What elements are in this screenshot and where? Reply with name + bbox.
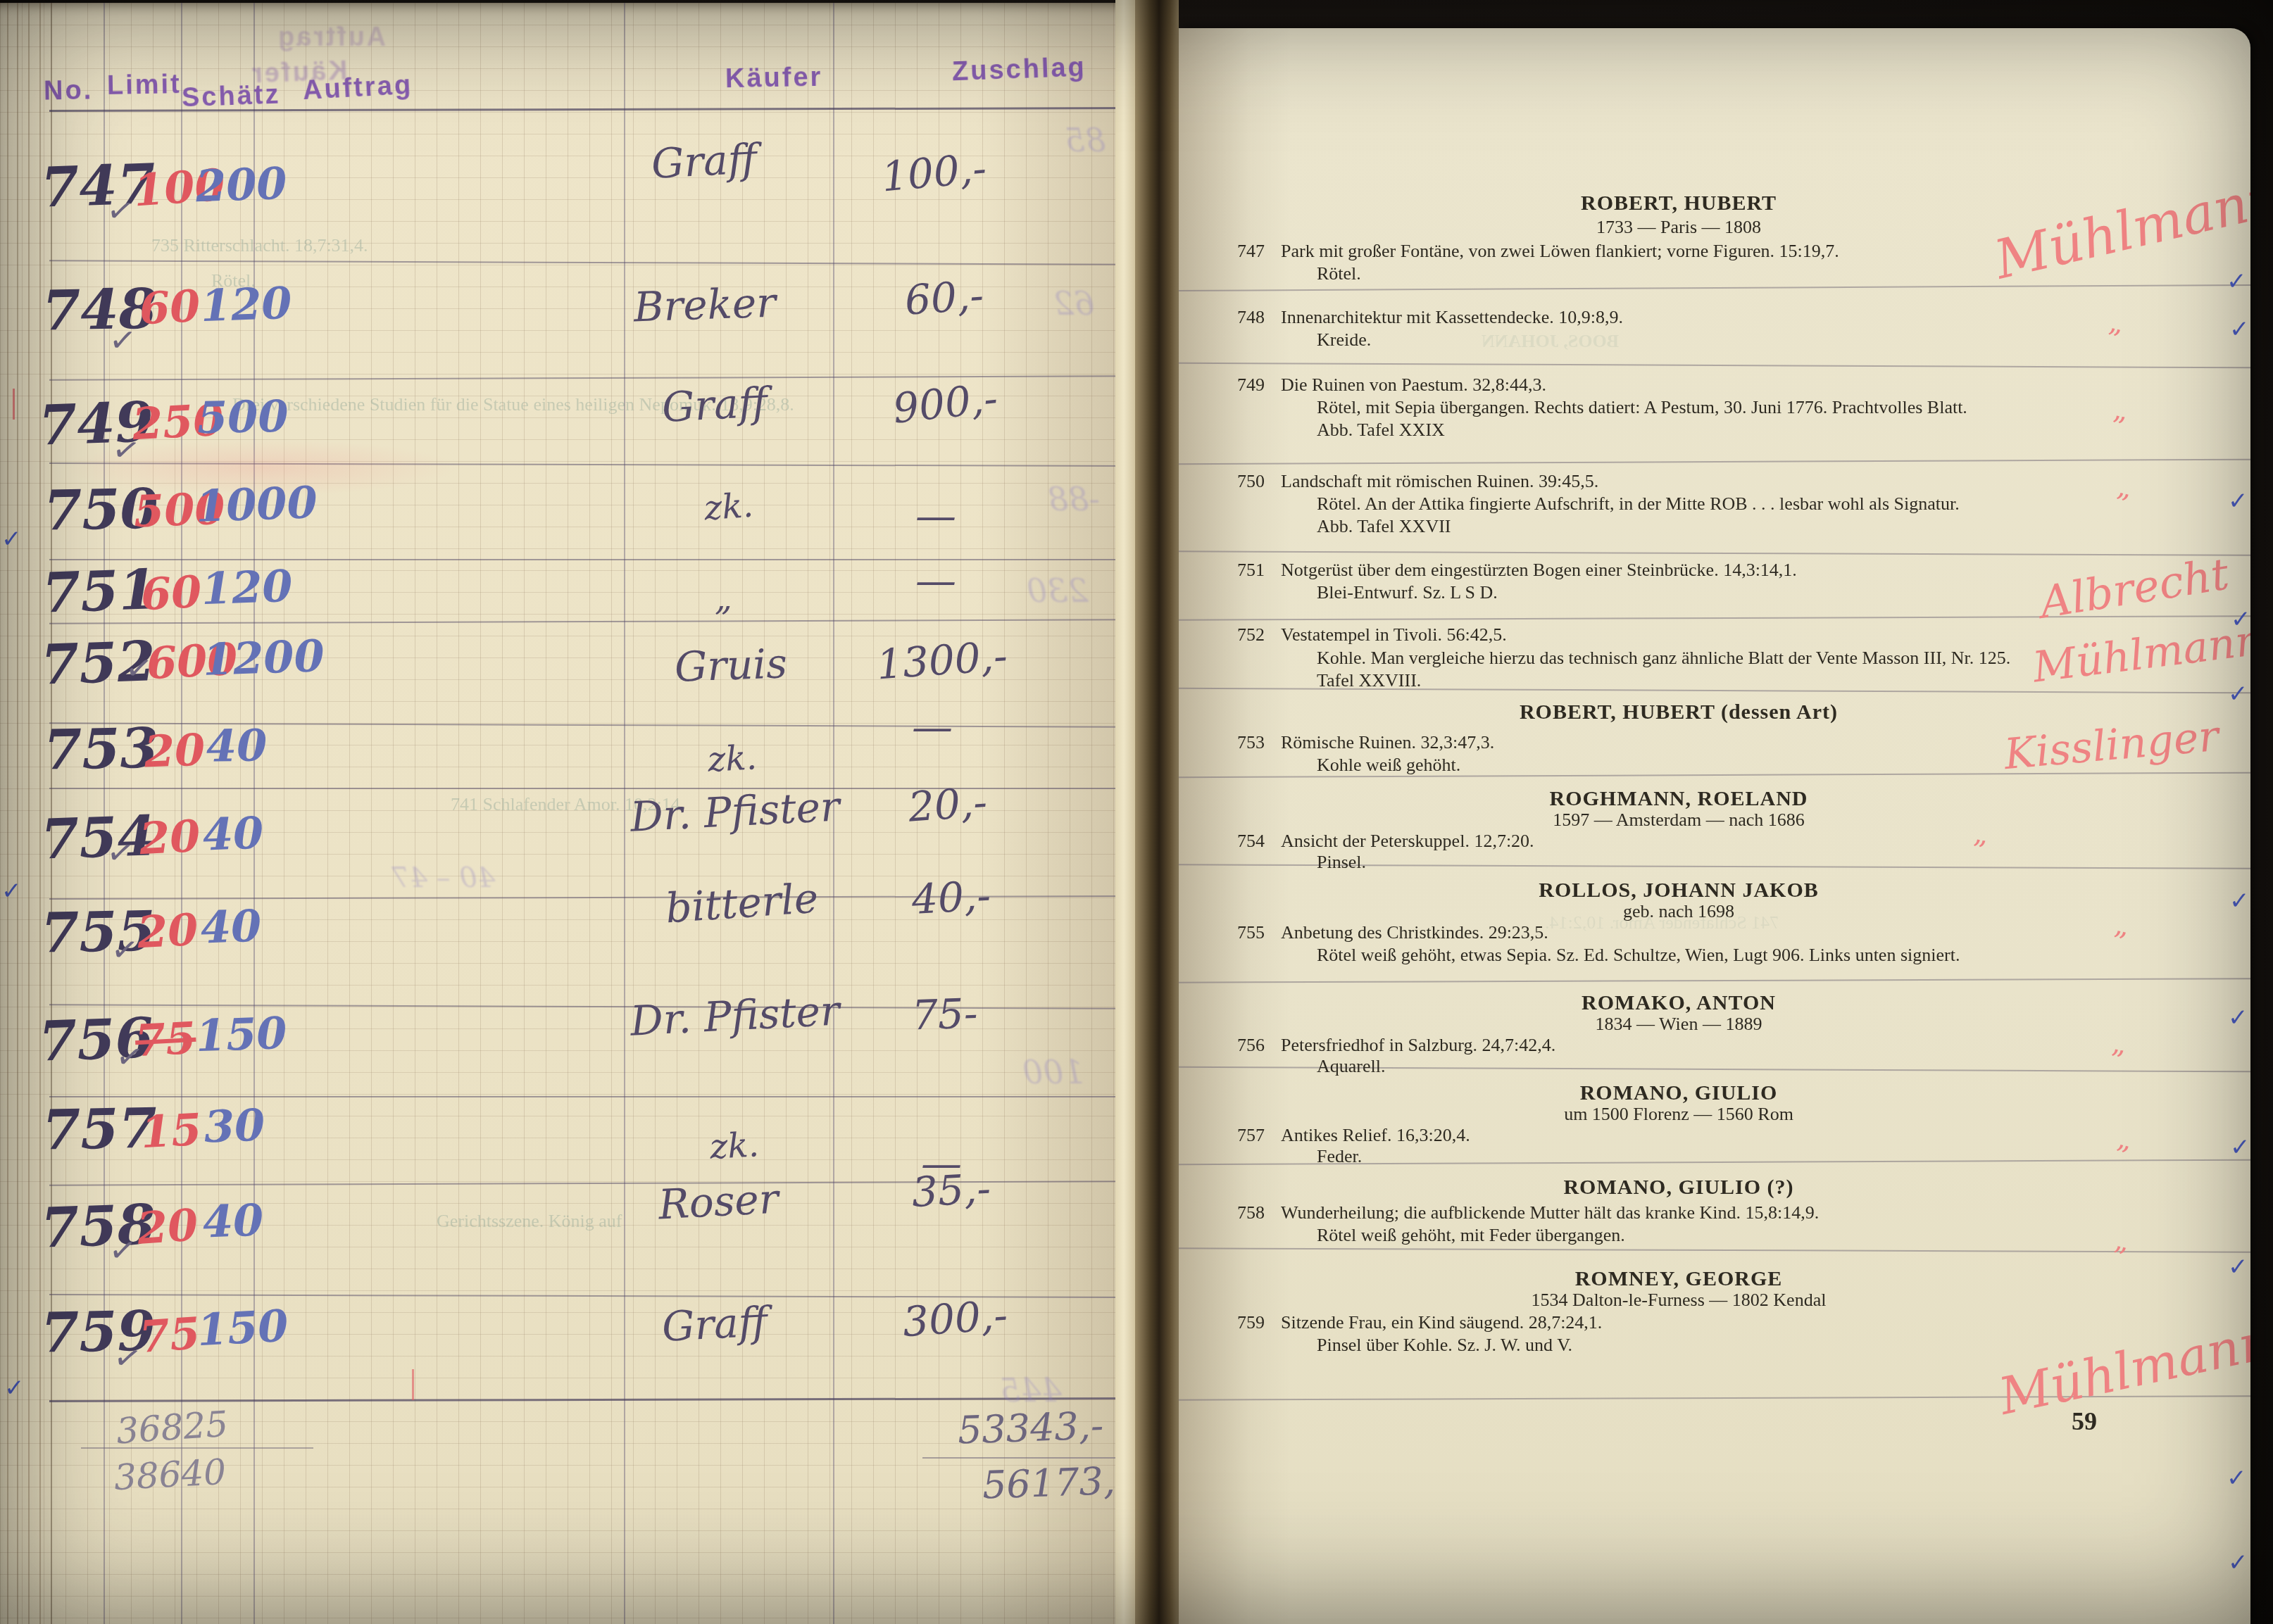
artist-heading: ROMNEY, GEORGE bbox=[1193, 1267, 2165, 1291]
lot-number: 759 bbox=[1237, 1312, 1281, 1333]
bleed-number: 85 bbox=[1065, 121, 1106, 159]
limit-total-corrected: 38640 bbox=[113, 1452, 227, 1498]
artist-heading: ROMANO, GIULIO bbox=[1193, 1081, 2165, 1105]
row-747-check: ✓ bbox=[104, 189, 137, 232]
blue-tick: ✓ bbox=[2229, 887, 2250, 915]
catalog-item: 756Petersfriedhof in Salzburg. 24,7:42,4… bbox=[1237, 1035, 1555, 1056]
bleed-number: 40 – 47 bbox=[392, 862, 495, 894]
catalog-item: 757Antikes Relief. 16,3:20,4. bbox=[1237, 1125, 1470, 1146]
row-755-kaeufer: bitterle bbox=[664, 877, 820, 929]
row-753-zuschlag: — bbox=[912, 707, 953, 748]
row-divider bbox=[49, 1096, 1135, 1097]
row-749-kaeufer: Graff bbox=[661, 382, 769, 428]
row-757-schaetz: 30 bbox=[203, 1104, 265, 1150]
catalog-item: 752Vestatempel in Tivoli. 56:42,5. bbox=[1237, 624, 1507, 646]
row-759-limit: 75 bbox=[138, 1311, 201, 1359]
blue-tick: ✓ bbox=[2229, 315, 2250, 344]
lot-number: 749 bbox=[1237, 374, 1281, 396]
row-747-kaeufer: Graff bbox=[651, 138, 758, 184]
row-divider bbox=[49, 260, 1135, 265]
blue-tick: ✓ bbox=[2227, 1464, 2247, 1492]
artist-heading: ROLLOS, JOHANN JAKOB bbox=[1193, 879, 2165, 902]
row-759-schaetz: 150 bbox=[196, 1304, 289, 1353]
catalog-item: 758Wunderheilung; die aufblickende Mutte… bbox=[1237, 1202, 1819, 1223]
bleed-number: 445 bbox=[1000, 1371, 1062, 1409]
lot-number: 754 bbox=[1237, 831, 1281, 852]
artist-dates: 1534 Dalton-le-Furness — 1802 Kendal bbox=[1193, 1290, 2165, 1311]
red-margin-dash bbox=[412, 1369, 414, 1400]
row-751-limit: 60 bbox=[139, 570, 202, 617]
lot-medium: Kohle weiß gehöht. bbox=[1317, 755, 1460, 776]
row-752-zuschlag: 1300,- bbox=[875, 636, 1008, 686]
lot-title: Petersfriedhof in Salzburg. 24,7:42,4. bbox=[1281, 1035, 1555, 1055]
catalog-item: 759Sitzende Frau, ein Kind säugend. 28,7… bbox=[1237, 1312, 1602, 1333]
row-748-schaetz: 120 bbox=[200, 282, 293, 328]
row-755-schaetz: 40 bbox=[200, 905, 262, 950]
bleed-text: BOOS, JOHANN bbox=[1482, 331, 1619, 352]
row-753-schaetz: 40 bbox=[206, 724, 267, 768]
margin-note-muehlmann-mid: Mühlmann bbox=[2031, 621, 2250, 687]
lot-medium: Pinsel über Kohle. Sz. J. W. und V. bbox=[1317, 1335, 1572, 1356]
total-underline bbox=[81, 1447, 313, 1449]
lot-title: Sitzende Frau, ein Kind säugend. 28,7:24… bbox=[1281, 1312, 1602, 1333]
lot-medium: Pinsel. bbox=[1317, 852, 1366, 873]
catalog-item: 753Römische Ruinen. 32,3:47,3. bbox=[1237, 732, 1494, 753]
lot-title: Wunderheilung; die aufblickende Mutter h… bbox=[1281, 1202, 1819, 1223]
row-750-kaeufer: zk. bbox=[703, 489, 754, 526]
red-margin-dash bbox=[13, 389, 15, 420]
row-755-limit: 20 bbox=[136, 908, 199, 955]
margin-note-muehlmann-top: Mühlmann bbox=[1991, 172, 2250, 284]
zuschlag-total: 53343,- bbox=[957, 1406, 1104, 1449]
artist-heading: ROMANO, GIULIO (?) bbox=[1193, 1176, 2165, 1200]
bleed-text: 735 Ritterschlacht. 18,7:31,4. bbox=[151, 235, 368, 256]
entry-divider bbox=[1179, 550, 2250, 555]
row-753-no: 753 bbox=[43, 722, 158, 779]
red-ditto-mark: „ bbox=[2115, 470, 2136, 505]
artist-dates: 1834 — Wien — 1889 bbox=[1193, 1014, 2165, 1035]
entry-divider bbox=[1179, 284, 2250, 291]
catalog-item: 751Notgerüst über dem eingestürzten Boge… bbox=[1237, 560, 1797, 581]
lot-plate-ref: Abb. Tafel XXIX bbox=[1317, 420, 1445, 441]
artist-dates: um 1500 Florenz — 1560 Rom bbox=[1193, 1104, 2165, 1125]
bleed-stamp-auftrag: Auftrag bbox=[276, 23, 386, 53]
row-753-kaeufer: zk. bbox=[707, 741, 758, 777]
row-749-schaetz: 500 bbox=[196, 395, 288, 440]
lot-number: 752 bbox=[1237, 624, 1281, 646]
artist-heading: ROMAKO, ANTON bbox=[1193, 991, 2165, 1015]
catalog-item: 750Landschaft mit römischen Ruinen. 39:4… bbox=[1237, 471, 1598, 492]
lot-plate-ref: Tafel XXVIII. bbox=[1317, 670, 1421, 691]
entry-divider bbox=[1179, 1247, 2250, 1252]
lot-number: 750 bbox=[1237, 471, 1281, 492]
entry-divider bbox=[1179, 363, 2250, 369]
catalog-page: ROBERT, HUBERT 1733 — Paris — 1808 747Pa… bbox=[1179, 28, 2250, 1624]
bleed-text: Gerichtsszene. König auf bbox=[437, 1211, 622, 1232]
lot-medium: Rötel weiß gehöht, etwas Sepia. Sz. Ed. … bbox=[1317, 945, 1960, 966]
artist-heading: ROBERT, HUBERT bbox=[1193, 191, 2165, 215]
row-759-kaeufer: Graff bbox=[661, 1301, 769, 1347]
row-756-limit: 75 bbox=[134, 1016, 196, 1063]
blue-tick: ✓ bbox=[2227, 267, 2247, 296]
lot-medium: Feder. bbox=[1317, 1146, 1362, 1167]
blue-tick: ✓ bbox=[2228, 487, 2248, 515]
bleed-number: 62 bbox=[1053, 284, 1095, 322]
lot-medium: Kohle. Man vergleiche hierzu das technis… bbox=[1317, 648, 2010, 669]
row-751-schaetz: 120 bbox=[201, 565, 294, 611]
ledger-page: No. Limit Schätz Auftrag Käufer Zuschlag… bbox=[0, 3, 1135, 1624]
lot-medium: Aquarell. bbox=[1317, 1056, 1385, 1077]
zuschlag-total-corrected: 56173,- bbox=[982, 1461, 1129, 1504]
artist-heading: ROGHMANN, ROELAND bbox=[1193, 787, 2165, 811]
row-757-kaeufer: zk. bbox=[709, 1128, 760, 1164]
red-ditto-mark: „ bbox=[2112, 1223, 2133, 1258]
margin-tick: ✓ bbox=[1, 525, 22, 553]
lot-title: Innenarchitektur mit Kassettendecke. 10,… bbox=[1281, 307, 1623, 327]
artist-heading: ROBERT, HUBERT (dessen Art) bbox=[1193, 700, 2165, 724]
blue-tick: ✓ bbox=[2231, 605, 2250, 634]
lot-number: 755 bbox=[1237, 922, 1281, 943]
margin-tick: ✓ bbox=[4, 1374, 25, 1402]
catalog-item: 749Die Ruinen von Paestum. 32,8:44,3. bbox=[1237, 374, 1546, 396]
row-752-schaetz: 1200 bbox=[202, 634, 325, 682]
margin-note-albrecht: Albrecht bbox=[2037, 554, 2231, 622]
row-756-schaetz: 150 bbox=[195, 1012, 288, 1058]
row-758-kaeufer: Roser bbox=[658, 1178, 779, 1226]
page-edge-line bbox=[28, 3, 30, 1624]
row-750-zuschlag: — bbox=[915, 496, 956, 536]
header-stamp-limit: Limit bbox=[107, 70, 182, 101]
bleed-text: 741 Schlafender Amor. 10,2:14. bbox=[1545, 912, 1779, 933]
header-stamp-zuschlag: Zuschlag bbox=[951, 53, 1087, 88]
row-749-zuschlag: 900,- bbox=[891, 377, 999, 429]
lot-title: Ansicht der Peterskuppel. 12,7:20. bbox=[1281, 831, 1534, 851]
row-754-zuschlag: 20,- bbox=[907, 781, 989, 828]
header-stamp-kaeufer: Käufer bbox=[725, 63, 823, 94]
book-gutter bbox=[1135, 0, 1179, 1624]
row-divider bbox=[49, 619, 1135, 624]
lot-medium: Blei-Entwurf. Sz. L S D. bbox=[1317, 582, 1498, 603]
row-754-kaeufer: Dr. Pfister bbox=[630, 786, 841, 837]
blue-tick: ✓ bbox=[2230, 1133, 2250, 1162]
artist-dates: 1597 — Amsterdam — nach 1686 bbox=[1193, 810, 2165, 831]
catalog-item: 747Park mit großer Fontäne, von zwei Löw… bbox=[1237, 241, 1839, 262]
row-748-kaeufer: Breker bbox=[633, 282, 777, 327]
row-747-zuschlag: 100,- bbox=[880, 148, 988, 198]
lot-number: 758 bbox=[1237, 1202, 1281, 1223]
lot-medium: Rötel, mit Sepia übergangen. Rechts dati… bbox=[1317, 397, 1967, 418]
row-757-limit: 15 bbox=[139, 1108, 202, 1154]
row-755-zuschlag: 40,- bbox=[911, 875, 992, 920]
lot-number: 757 bbox=[1237, 1125, 1281, 1146]
lot-title: Anbetung des Christkindes. 29:23,5. bbox=[1281, 922, 1548, 943]
row-758-limit: 20 bbox=[136, 1203, 199, 1251]
row-divider bbox=[49, 559, 1135, 560]
row-758-zuschlag: 35,- bbox=[911, 1168, 992, 1213]
row-754-limit: 20 bbox=[138, 814, 201, 861]
lot-title: Antikes Relief. 16,3:20,4. bbox=[1281, 1125, 1470, 1145]
catalog-item: 754Ansicht der Peterskuppel. 12,7:20. bbox=[1237, 831, 1534, 852]
lot-title: Park mit großer Fontäne, von zwei Löwen … bbox=[1281, 241, 1839, 261]
row-758-schaetz: 40 bbox=[202, 1199, 264, 1245]
blue-tick: ✓ bbox=[2228, 680, 2248, 708]
auction-ledger-photo: No. Limit Schätz Auftrag Käufer Zuschlag… bbox=[0, 0, 2273, 1624]
lot-medium: Rötel. bbox=[1317, 263, 1361, 284]
row-755-check: ✓ bbox=[108, 929, 141, 971]
margin-note-kisslinger: Kisslinger bbox=[2003, 717, 2220, 774]
blue-tick: ✓ bbox=[2228, 1253, 2248, 1281]
catalog-item: 748Innenarchitektur mit Kassettendecke. … bbox=[1237, 307, 1623, 328]
lot-number: 753 bbox=[1237, 732, 1281, 753]
catalog-item: 755Anbetung des Christkindes. 29:23,5. bbox=[1237, 922, 1548, 943]
blue-tick: ✓ bbox=[2228, 1004, 2248, 1032]
lot-number: 756 bbox=[1237, 1035, 1281, 1056]
lot-title: Die Ruinen von Paestum. 32,8:44,3. bbox=[1281, 374, 1546, 395]
row-756-zuschlag: 75- bbox=[911, 993, 978, 1036]
row-753-limit: 20 bbox=[144, 729, 206, 774]
row-756-kaeufer: Dr. Pfister bbox=[630, 990, 841, 1041]
bleed-stamp-kaeufer: Käufer bbox=[249, 56, 348, 90]
blue-tick: ✓ bbox=[2228, 1549, 2248, 1577]
red-ditto-mark: „ bbox=[2115, 1122, 2136, 1157]
lot-title: Landschaft mit römischen Ruinen. 39:45,5… bbox=[1281, 471, 1598, 491]
entry-divider bbox=[1179, 978, 2250, 983]
row-751-kaeufer-ditto: „ bbox=[715, 581, 732, 615]
row-748-limit: 60 bbox=[138, 284, 201, 331]
row-750-schaetz: 1000 bbox=[195, 481, 318, 529]
row-752-kaeufer: Gruis bbox=[674, 643, 788, 688]
row-751-zuschlag: — bbox=[915, 560, 956, 601]
lot-number: 748 bbox=[1237, 307, 1281, 328]
left-page-curl bbox=[1115, 0, 1136, 1624]
row-758-check: ✓ bbox=[106, 1230, 139, 1271]
lot-plate-ref: Abb. Tafel XXVII bbox=[1317, 516, 1451, 537]
red-ditto-mark: „ bbox=[2106, 306, 2127, 340]
bleed-number: -88 bbox=[1048, 480, 1100, 518]
red-ditto-mark: „ bbox=[2111, 394, 2131, 428]
entry-divider bbox=[1179, 459, 2250, 465]
lot-number: 747 bbox=[1237, 241, 1281, 262]
limit-total-pencil: 36825 bbox=[115, 1404, 230, 1452]
bleed-number: 100 bbox=[1022, 1053, 1084, 1091]
lot-title: Römische Ruinen. 32,3:47,3. bbox=[1281, 732, 1494, 753]
margin-tick: ✓ bbox=[1, 877, 22, 905]
margin-note-muehlmann-bottom: Mühlmann bbox=[1996, 1318, 2250, 1420]
lot-title: Vestatempel in Tivoli. 56:42,5. bbox=[1281, 624, 1507, 645]
totals-divider bbox=[49, 1397, 1135, 1402]
lot-number: 751 bbox=[1237, 560, 1281, 581]
row-748-zuschlag: 60,- bbox=[903, 275, 985, 321]
row-754-schaetz: 40 bbox=[202, 812, 264, 857]
lot-medium: Rötel. An der Attika fingierte Aufschrif… bbox=[1317, 493, 1960, 515]
lot-medium: Kreide. bbox=[1317, 329, 1371, 351]
bleed-number: 230 bbox=[1027, 572, 1089, 610]
row-759-zuschlag: 300,- bbox=[901, 1295, 1008, 1342]
lot-title: Notgerüst über dem eingestürzten Bogen e… bbox=[1281, 560, 1797, 580]
lot-medium: Rötel weiß gehöht, mit Feder übergangen. bbox=[1317, 1225, 1625, 1246]
row-748-check: ✓ bbox=[107, 320, 138, 360]
header-stamp-no: No. bbox=[44, 75, 94, 106]
row-747-schaetz: 200 bbox=[195, 162, 288, 208]
